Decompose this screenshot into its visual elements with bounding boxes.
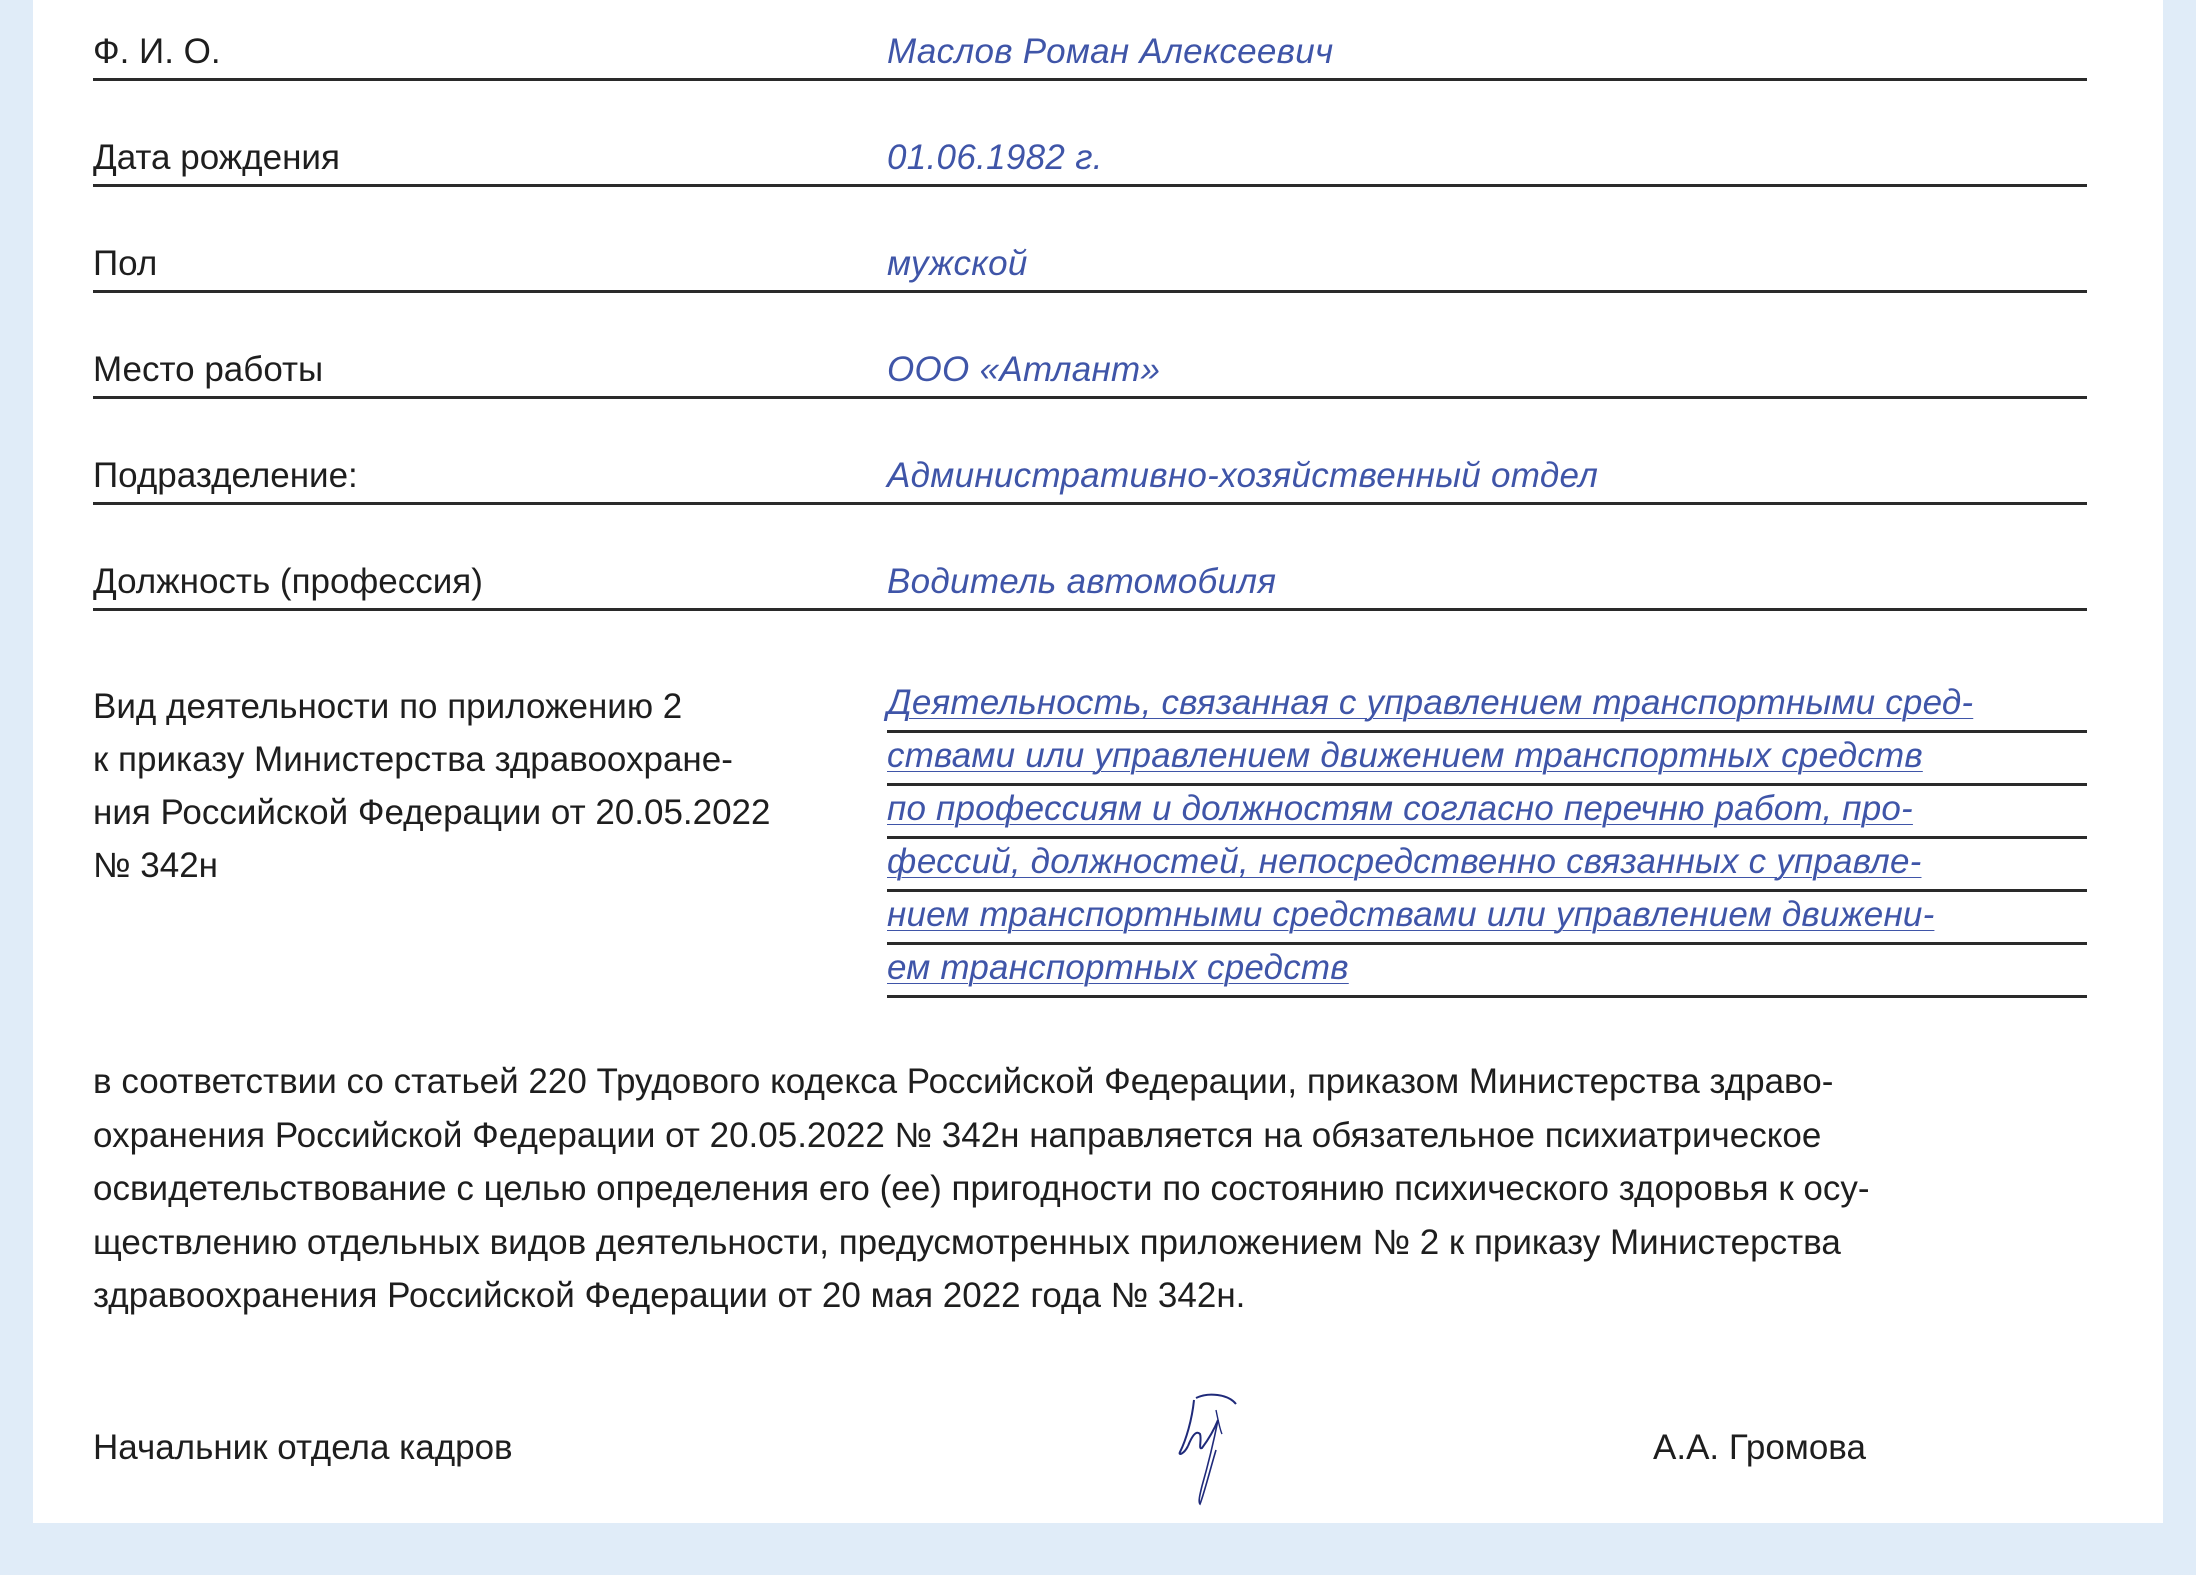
field-value-workplace: ООО «Атлант»: [887, 350, 1160, 390]
paragraph-line: освидетельствование с целью определения …: [93, 1162, 2093, 1216]
activity-label: Вид деятельности по приложению 2 к прика…: [93, 680, 883, 892]
activity-value-line: фессий, должностей, непосредственно связ…: [887, 839, 2087, 892]
signature-block: Начальник отдела кадров А.А. Громова: [93, 1428, 2093, 1488]
field-value-birth-date: 01.06.1982 г.: [887, 138, 1103, 178]
field-label-workplace: Место работы: [93, 350, 323, 390]
paragraph-line: в соответствии со статьей 220 Трудового …: [93, 1055, 2093, 1109]
field-value-department: Административно-хозяйственный отдел: [887, 456, 1598, 496]
activity-value: Деятельность, связанная с управлением тр…: [887, 680, 2087, 998]
paragraph-line: охранения Российской Федерации от 20.05.…: [93, 1109, 2093, 1163]
field-label-department: Подразделение:: [93, 456, 358, 496]
activity-value-line: ем транспортных средств: [887, 945, 2087, 998]
field-label-fio: Ф. И. О.: [93, 32, 221, 72]
field-value-fio: Маслов Роман Алексеевич: [887, 32, 1333, 72]
field-row-position: Должность (профессия) Водитель автомобил…: [93, 548, 2087, 611]
field-value-position: Водитель автомобиля: [887, 562, 1276, 602]
activity-label-line: ния Российской Федерации от 20.05.2022: [93, 786, 883, 839]
field-label-sex: Пол: [93, 244, 157, 284]
field-row-department: Подразделение: Административно-хозяйстве…: [93, 442, 2087, 505]
field-row-birth-date: Дата рождения 01.06.1982 г.: [93, 124, 2087, 187]
activity-label-line: к приказу Министерства здравоохране-: [93, 733, 883, 786]
field-row-sex: Пол мужской: [93, 230, 2087, 293]
field-value-sex: мужской: [887, 244, 1028, 284]
activity-value-line: нием транспортными средствами или управл…: [887, 892, 2087, 945]
document-card: Ф. И. О. Маслов Роман Алексеевич Дата ро…: [33, 0, 2163, 1523]
activity-label-line: № 342н: [93, 839, 883, 892]
signer-title: Начальник отдела кадров: [93, 1428, 513, 1468]
paragraph-line: ществлению отдельных видов деятельности,…: [93, 1216, 2093, 1270]
field-label-birth-date: Дата рождения: [93, 138, 340, 178]
referral-paragraph: в соответствии со статьей 220 Трудового …: [93, 1055, 2093, 1323]
activity-label-line: Вид деятельности по приложению 2: [93, 680, 883, 733]
activity-value-line: Деятельность, связанная с управлением тр…: [887, 680, 2087, 733]
field-row-workplace: Место работы ООО «Атлант»: [93, 336, 2087, 399]
activity-value-line: по профессиям и должностям согласно пере…: [887, 786, 2087, 839]
signer-name: А.А. Громова: [1653, 1428, 1866, 1468]
field-row-fio: Ф. И. О. Маслов Роман Алексеевич: [93, 18, 2087, 81]
field-label-position: Должность (профессия): [93, 562, 483, 602]
paragraph-line: здравоохранения Российской Федерации от …: [93, 1269, 2093, 1323]
signature-icon: [1158, 1390, 1248, 1510]
activity-value-line: ствами или управлением движением транспо…: [887, 733, 2087, 786]
